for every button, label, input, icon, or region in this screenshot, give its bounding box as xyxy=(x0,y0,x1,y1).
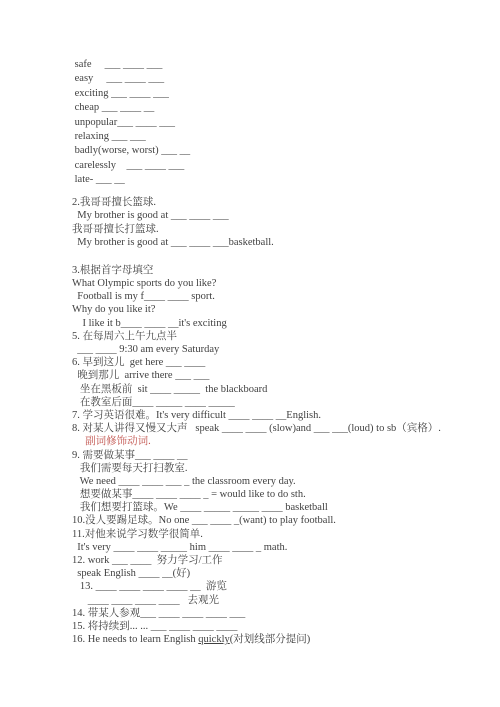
vocab-line-safe: safe ___ ____ ___ xyxy=(72,58,492,72)
ex9-line-5: 我们想要打篮球。We ____ _____ _____ ____ basketb… xyxy=(72,501,492,514)
ex12-line-1: 12. work ___ ____ 努力学习/工作 xyxy=(72,554,492,567)
ex2-chinese-1: 2.我哥哥擅长篮球. xyxy=(72,196,492,210)
ex8-red-note: 副词修饰动词. xyxy=(72,435,492,448)
ex14-line: 14. 带某人参观___ ____ ____ ____ ___ xyxy=(72,607,492,620)
ex9-line-2: 我们需要每天打扫教室. xyxy=(72,462,492,475)
vocab-line-late: late- ___ __ xyxy=(72,173,492,187)
ex15-line: 15. 将持续到... ... ___ ____ ____ ____ xyxy=(72,620,492,633)
ex6-line-1: 6. 早到这儿 get here ___ ____ xyxy=(72,356,492,369)
vocab-line-cheap: cheap ___ ____ __ xyxy=(72,101,492,115)
ex6-line-2: 晚到那儿 arrive there ___ ___ xyxy=(72,369,492,382)
vocab-list: safe ___ ____ ___ easy ___ ____ ___ exci… xyxy=(72,58,492,188)
ex7-line: 7. 学习英语很难。It's very difficult ____ ____ … xyxy=(72,409,492,422)
ex6-line-3: 坐在黑板前 sit ____ _____ the blackboard xyxy=(72,383,492,396)
ex3-question-1: What Olympic sports do you like? xyxy=(72,277,492,290)
vocab-line-badly: badly(worse, worst) ___ __ xyxy=(72,144,492,158)
vocab-line-easy: easy ___ ____ ___ xyxy=(72,72,492,86)
ex16-line: 16. He needs to learn English quickly(对划… xyxy=(72,633,492,646)
ex2-english-2: My brother is good at ___ ____ ___basket… xyxy=(72,236,492,250)
ex9-line-1: 9. 需要做某事___ ____ __ xyxy=(72,449,492,462)
ex16-note: (对划线部分提问) xyxy=(230,634,311,645)
worksheet-page: safe ___ ____ ___ easy ___ ____ ___ exci… xyxy=(0,0,500,707)
vocab-line-relaxing: relaxing ___ ___ xyxy=(72,130,492,144)
ex10-line: 10.没人要踢足球。No one ___ ____ _(want) to pla… xyxy=(72,514,492,527)
section-gap xyxy=(72,188,492,196)
ex9-line-4: 想要做某事____ ____ ____ _ = would like to do… xyxy=(72,488,492,501)
ex16-underlined-word: quickly xyxy=(198,634,230,645)
ex6-line-4: 在教室后面____ _____ ____ _____ xyxy=(72,396,492,409)
ex16-text: 16. He needs to learn English xyxy=(72,634,198,645)
ex11-chinese: 11.对他来说学习数学很简单. xyxy=(72,528,492,541)
vocab-line-unpopular: unpopular___ ____ ___ xyxy=(72,116,492,130)
ex9-line-3: We need ____ ____ ___ _ the classroom ev… xyxy=(72,475,492,488)
ex5-english: ___ ____ 9:30 am every Saturday xyxy=(72,343,492,356)
vocab-line-carelessly: carelessly ___ ____ ___ xyxy=(72,159,492,173)
ex2-english-1: My brother is good at ___ ____ ___ xyxy=(72,209,492,223)
ex11-english: It's very ____ ____ _____ him ____ ____ … xyxy=(72,541,492,554)
ex3-question-2: Why do you like it? xyxy=(72,303,492,316)
ex5-chinese: 5. 在每周六上午九点半 xyxy=(72,330,492,343)
vocab-line-exciting: exciting ___ ____ ___ xyxy=(72,87,492,101)
ex12-line-2: speak English ____ __(好) xyxy=(72,567,492,580)
ex3-answer-2: I like it b____ ____ __it's exciting xyxy=(72,317,492,330)
ex3-answer-1: Football is my f____ ____ sport. xyxy=(72,290,492,303)
exercise-2: 2.我哥哥擅长篮球. My brother is good at ___ ___… xyxy=(72,196,492,250)
ex13-line-2: ____ ____ ____ ____ 去观光 xyxy=(72,594,492,607)
ex8-line: 8. 对某人讲得又慢又大声 speak ____ ____ (slow)and … xyxy=(72,422,492,435)
exercise-list: 3.根据首字母填空 What Olympic sports do you lik… xyxy=(72,264,492,646)
ex3-heading: 3.根据首字母填空 xyxy=(72,264,492,277)
ex2-chinese-2: 我哥哥擅长打篮球. xyxy=(72,223,492,237)
ex13-line-1: 13. ____ ____ ____ ____ __ 游览 xyxy=(72,580,492,593)
section-gap xyxy=(72,250,492,264)
